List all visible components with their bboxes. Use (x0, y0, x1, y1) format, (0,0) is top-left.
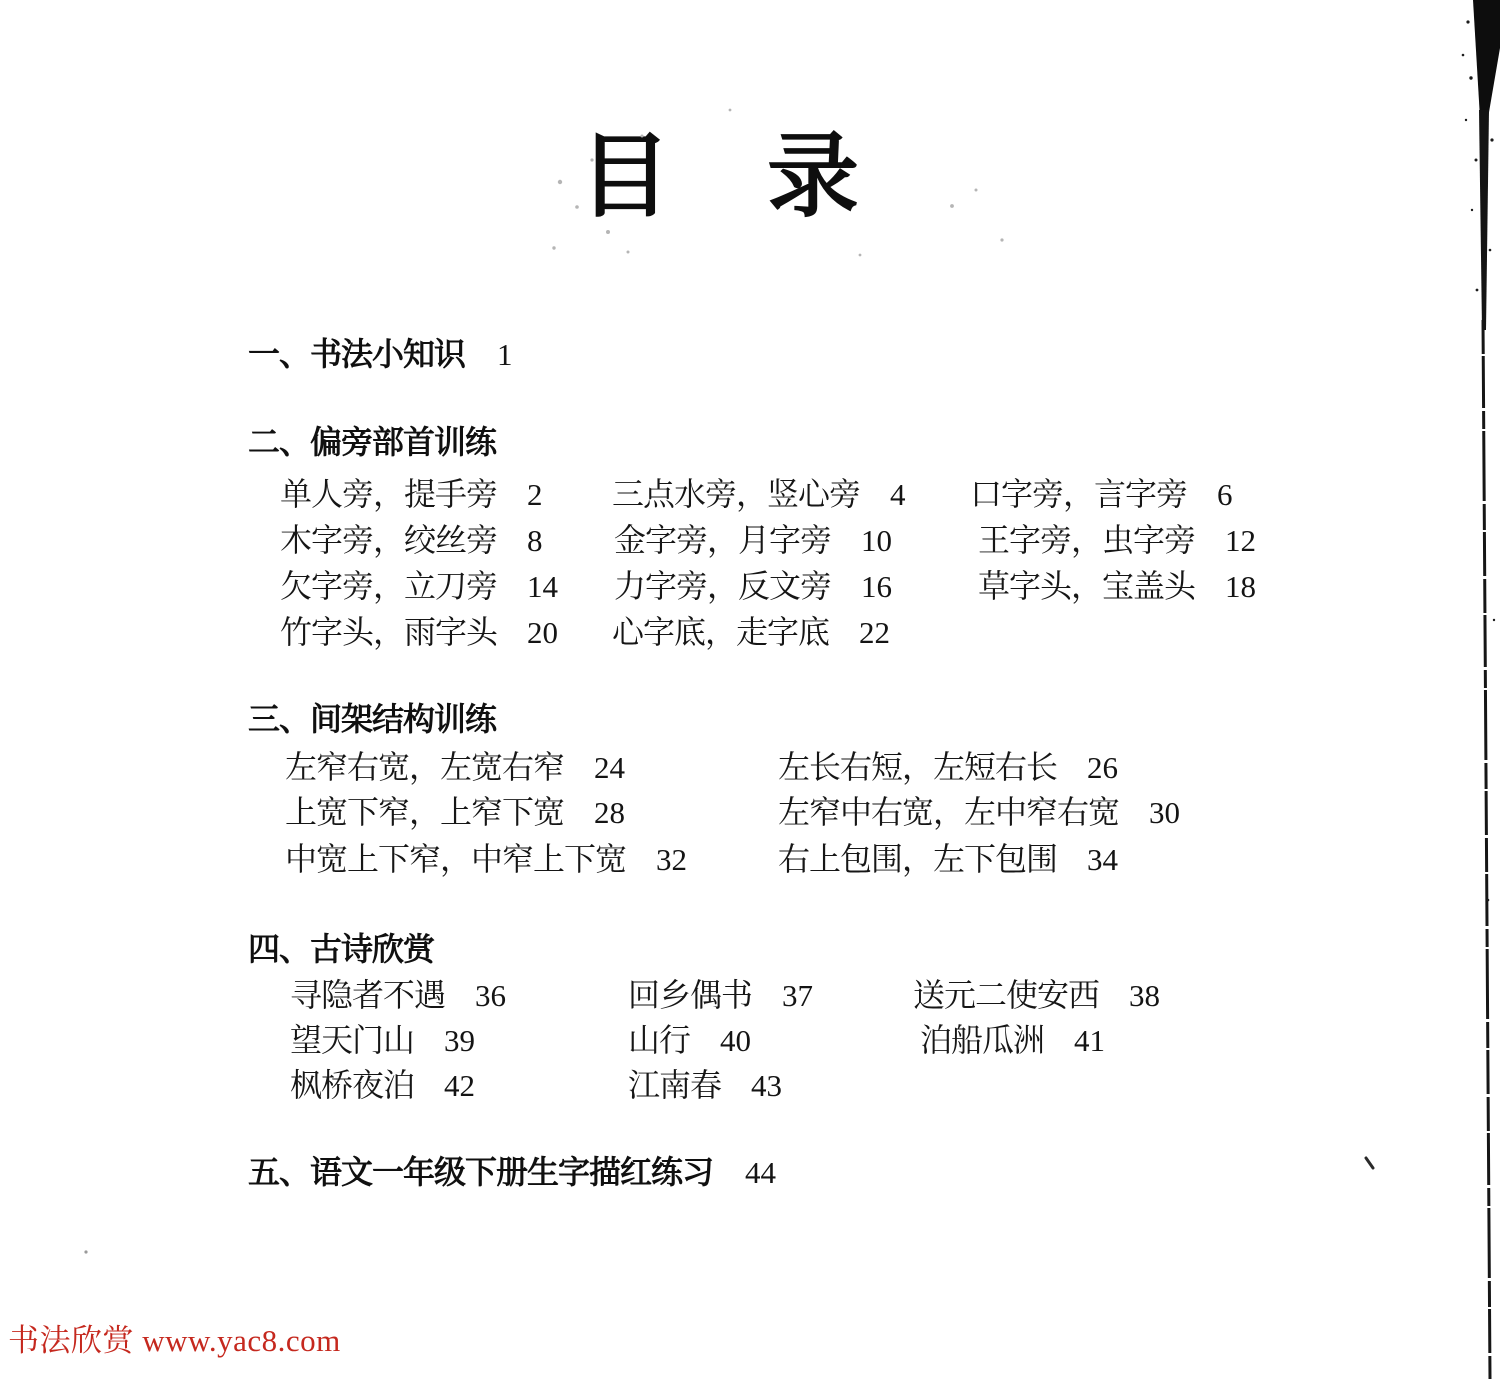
stray-mark (1366, 1158, 1373, 1168)
entry-text: 枫桥夜泊 (290, 1067, 414, 1103)
toc-entry: 木字旁，绞丝旁8 (280, 521, 543, 559)
toc-entry: 寻隐者不遇36 (290, 976, 506, 1014)
page-number: 32 (656, 842, 687, 877)
entry-text: 送元二使安西 (913, 977, 1099, 1013)
page-number: 41 (1074, 1023, 1105, 1058)
section-1-heading: 一、书法小知识1 (248, 335, 513, 373)
entry-text: 上宽下窄，上窄下宽 (285, 794, 564, 830)
toc-entry: 山行40 (628, 1021, 751, 1059)
toc-entry: 中宽上下窄，中窄上下宽32 (285, 840, 687, 878)
page-number: 6 (1217, 477, 1233, 512)
entry-text: 口字旁，言字旁 (970, 476, 1187, 512)
page-number: 30 (1149, 795, 1180, 830)
entry-text: 江南春 (628, 1067, 721, 1103)
page-number: 43 (751, 1068, 782, 1103)
entry-text: 力字旁，反文旁 (614, 568, 831, 604)
page-number: 37 (782, 978, 813, 1013)
entry-text: 金字旁，月字旁 (614, 522, 831, 558)
page-number: 12 (1225, 523, 1256, 558)
page-number: 2 (527, 477, 543, 512)
page-number: 26 (1087, 750, 1118, 785)
smudge-speckles (1462, 20, 1496, 901)
page-number: 16 (861, 569, 892, 604)
watermark: 书法欣赏 www.yac8.com (8, 1315, 341, 1360)
toc-entry: 送元二使安西38 (913, 976, 1160, 1014)
toc-entry: 枫桥夜泊42 (290, 1066, 475, 1104)
toc-entry: 泊船瓜洲41 (920, 1021, 1105, 1059)
toc-page: 目 录 一、书法小知识1 二、偏旁部首训练 单人旁，提手旁2 三点水旁，竖心旁4… (0, 0, 1500, 1379)
page-number: 18 (1225, 569, 1256, 604)
toc-entry: 力字旁，反文旁16 (614, 567, 892, 605)
section-4-heading: 四、古诗欣赏 (248, 930, 434, 968)
page-number: 14 (527, 569, 558, 604)
page-number: 44 (745, 1155, 776, 1190)
toc-entry: 王字旁，虫字旁12 (978, 521, 1256, 559)
entry-text: 右上包围，左下包围 (778, 841, 1057, 877)
entry-text: 寻隐者不遇 (290, 977, 445, 1013)
page-number: 8 (527, 523, 543, 558)
entry-text: 竹字头，雨字头 (280, 614, 497, 650)
toc-entry: 望天门山39 (290, 1021, 475, 1059)
right-edge-line (1483, 320, 1490, 1379)
corner-smudge (1473, 0, 1500, 118)
section-5-heading: 五、语文一年级下册生字描红练习44 (248, 1153, 776, 1191)
toc-entry: 草字头，宝盖头18 (978, 567, 1256, 605)
entry-text: 左长右短，左短右长 (778, 749, 1057, 785)
toc-entry: 竹字头，雨字头20 (280, 613, 558, 651)
entry-text: 单人旁，提手旁 (280, 476, 497, 512)
entry-text: 中宽上下窄，中窄上下宽 (285, 841, 626, 877)
entry-text: 山行 (628, 1022, 690, 1058)
section-heading-text: 四、古诗欣赏 (248, 930, 434, 968)
page-number: 28 (594, 795, 625, 830)
page-number: 39 (444, 1023, 475, 1058)
page-number: 40 (720, 1023, 751, 1058)
section-heading-text: 一、书法小知识 (248, 335, 465, 373)
page-number: 42 (444, 1068, 475, 1103)
toc-entry: 上宽下窄，上窄下宽28 (285, 793, 625, 831)
toc-entry: 左窄右宽，左宽右窄24 (285, 748, 625, 786)
title-noise-speckles (84, 109, 1003, 1254)
page-number: 1 (497, 337, 513, 372)
page-number: 36 (475, 978, 506, 1013)
toc-entry: 右上包围，左下包围34 (778, 840, 1118, 878)
toc-entry: 欠字旁，立刀旁14 (280, 567, 558, 605)
entry-text: 王字旁，虫字旁 (978, 522, 1195, 558)
entry-text: 望天门山 (290, 1022, 414, 1058)
toc-entry: 左窄中右宽，左中窄右宽30 (778, 793, 1180, 831)
toc-entry: 左长右短，左短右长26 (778, 748, 1118, 786)
page-title: 目 录 (0, 126, 1440, 227)
toc-entry: 金字旁，月字旁10 (614, 521, 892, 559)
section-2-heading: 二、偏旁部首训练 (248, 423, 496, 461)
entry-text: 草字头，宝盖头 (978, 568, 1195, 604)
toc-entry: 单人旁，提手旁2 (280, 475, 543, 513)
entry-text: 心字底，走字底 (612, 614, 829, 650)
section-heading-text: 三、间架结构训练 (248, 700, 496, 738)
toc-entry: 心字底，走字底22 (612, 613, 890, 651)
page-number: 4 (890, 477, 906, 512)
toc-entry: 三点水旁，竖心旁4 (612, 475, 906, 513)
entry-text: 欠字旁，立刀旁 (280, 568, 497, 604)
section-heading-text: 二、偏旁部首训练 (248, 423, 496, 461)
entry-text: 泊船瓜洲 (920, 1022, 1044, 1058)
entry-text: 木字旁，绞丝旁 (280, 522, 497, 558)
page-number: 24 (594, 750, 625, 785)
section-3-heading: 三、间架结构训练 (248, 700, 496, 738)
page-number: 22 (859, 615, 890, 650)
toc-entry: 回乡偶书37 (628, 976, 813, 1014)
toc-entry: 口字旁，言字旁6 (970, 475, 1233, 513)
entry-text: 左窄中右宽，左中窄右宽 (778, 794, 1119, 830)
entry-text: 回乡偶书 (628, 977, 752, 1013)
page-number: 38 (1129, 978, 1160, 1013)
page-number: 34 (1087, 842, 1118, 877)
toc-entry: 江南春43 (628, 1066, 782, 1104)
page-number: 20 (527, 615, 558, 650)
entry-text: 左窄右宽，左宽右窄 (285, 749, 564, 785)
corner-smudge-taper (1479, 110, 1489, 330)
entry-text: 三点水旁，竖心旁 (612, 476, 860, 512)
page-number: 10 (861, 523, 892, 558)
section-heading-text: 五、语文一年级下册生字描红练习 (248, 1153, 713, 1191)
